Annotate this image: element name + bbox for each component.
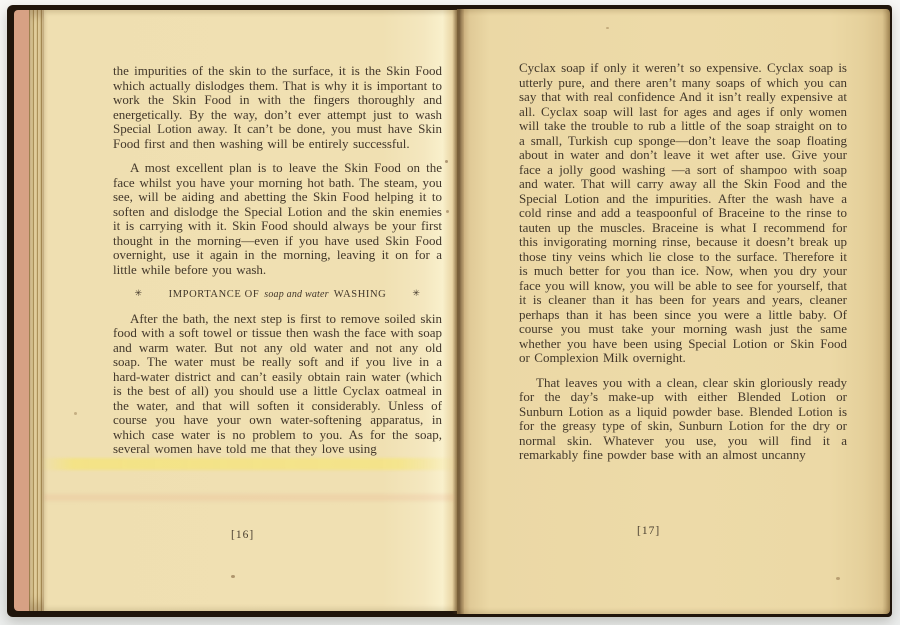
paragraph: A most excellent plan is to leave the Sk… [113, 161, 442, 277]
foxing-speck [445, 160, 448, 163]
asterisk-icon: ✳ [134, 286, 142, 301]
paragraph-continuation: Cyclax soap if only it weren’t so expens… [519, 61, 847, 366]
foxing-speck [446, 210, 449, 213]
page-edge-lines [29, 10, 44, 611]
spine-gutter [452, 9, 464, 614]
scan-artifact-pink-band [44, 494, 454, 501]
heading-emphasis: soap and water [264, 288, 328, 303]
foxing-speck [606, 27, 609, 29]
left-page-text: the impurities of the skin to the surfac… [113, 64, 442, 467]
foxing-speck [231, 575, 235, 578]
paragraph: After the bath, the next step is first t… [113, 312, 442, 457]
fore-edge-page-stack [14, 10, 29, 611]
paragraph-continuation: the impurities of the skin to the surfac… [113, 64, 442, 151]
paragraph: That leaves you with a clean, clear skin… [519, 376, 847, 463]
section-heading: ✳ IMPORTANCE OF soap and water WASHING ✳ [113, 287, 442, 303]
book-scan: the impurities of the skin to the surfac… [0, 0, 900, 625]
asterisk-icon: ✳ [412, 286, 420, 301]
heading-suffix: WASHING [334, 288, 387, 303]
page-number: [17] [637, 525, 660, 537]
right-page-text: Cyclax soap if only it weren’t so expens… [519, 61, 847, 473]
foxing-speck [74, 412, 77, 415]
heading-prefix: IMPORTANCE OF [169, 288, 260, 303]
foxing-speck [836, 577, 840, 580]
page-number: [16] [231, 529, 254, 541]
